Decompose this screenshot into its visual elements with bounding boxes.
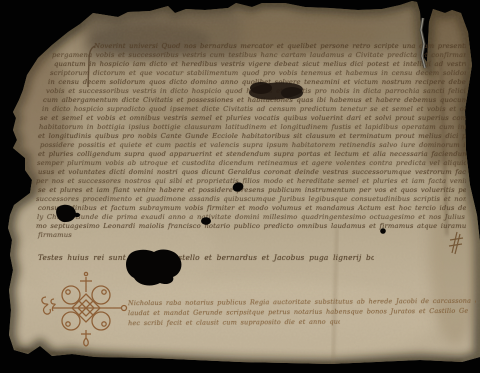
damage-and-marks-overlay (0, 0, 480, 373)
paraph-mark-icon (449, 232, 463, 254)
hole (56, 205, 76, 222)
manuscript-photo: Noverint universi Quod nos bernardus mer… (0, 0, 480, 373)
notarial-sign-icon (42, 272, 127, 346)
holes (56, 181, 386, 286)
flourish (42, 297, 51, 314)
hole (231, 181, 244, 193)
opening-initial-stroke (88, 46, 95, 87)
flourish (51, 299, 55, 311)
ink-stain (248, 81, 303, 102)
hole (126, 250, 181, 286)
hole (201, 217, 211, 225)
tear-strand (421, 18, 425, 68)
hole (74, 213, 80, 217)
hole (380, 228, 386, 234)
